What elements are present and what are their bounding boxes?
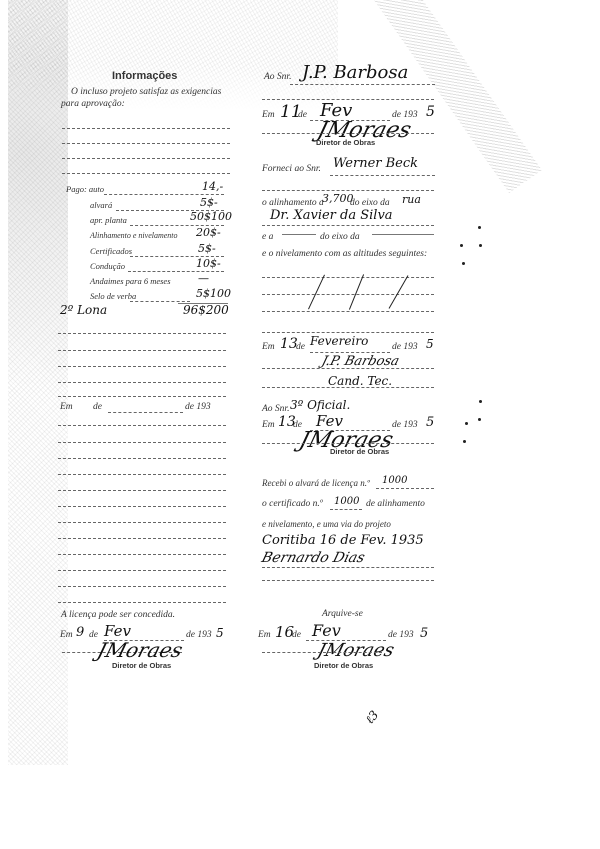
license-text: A licença pode ser concedida. bbox=[61, 610, 175, 620]
signer-4-title: Diretor de Obras bbox=[314, 661, 373, 670]
license-date-year-digit: 5 bbox=[216, 626, 224, 640]
dash-line bbox=[372, 234, 434, 235]
blank-line bbox=[62, 158, 230, 159]
fee-label: Alinhamento e nivelamento bbox=[90, 231, 178, 240]
date2-year-digit: 5 bbox=[426, 337, 434, 351]
date2-em: Em bbox=[262, 342, 275, 352]
signature-2: J.P. Barbosa bbox=[320, 354, 401, 369]
archive-text: Arquive-se bbox=[322, 609, 363, 619]
dash-line bbox=[282, 234, 316, 235]
date3-de: de bbox=[293, 420, 302, 430]
signature-4: JMoraes bbox=[315, 640, 396, 661]
date-em: Em bbox=[60, 402, 73, 412]
fee-value: — bbox=[198, 272, 209, 285]
blank-line bbox=[62, 128, 230, 129]
date1-de: de bbox=[298, 110, 307, 120]
name-line bbox=[290, 84, 435, 85]
intro-line-2: para aprovação: bbox=[61, 99, 125, 109]
ao-sur2-name: 3º Oficial. bbox=[290, 398, 350, 412]
alinhamento-value: 3,700 bbox=[322, 192, 354, 205]
license-signer-title: Diretor de Obras bbox=[112, 661, 171, 670]
blank-line bbox=[58, 382, 226, 383]
blank-line bbox=[58, 333, 226, 334]
license-date-em: Em bbox=[60, 630, 73, 640]
alinhamento-mid: do eixo da bbox=[350, 198, 390, 208]
date-line bbox=[108, 412, 183, 413]
signer-1-title: Diretor de Obras bbox=[316, 138, 375, 147]
fee-value: 50$100 bbox=[190, 210, 232, 223]
blank-line bbox=[62, 173, 230, 174]
fee-label: Selo de verba bbox=[90, 291, 136, 301]
date-line bbox=[310, 352, 390, 353]
date1-year-digit: 5 bbox=[426, 104, 435, 120]
date4-month: Fev bbox=[312, 621, 341, 640]
date3-year-digit: 5 bbox=[426, 415, 434, 430]
date-year: de 193 bbox=[185, 402, 211, 412]
footer-mark: ℓ3 bbox=[363, 708, 383, 727]
blank-line bbox=[262, 225, 434, 226]
fee-value: 5$- bbox=[200, 196, 218, 209]
date1-em: Em bbox=[262, 110, 275, 120]
ao-sur2-label: Ao Snr. bbox=[262, 404, 289, 414]
forneci-name: Werner Beck bbox=[333, 156, 418, 171]
received-place-date: Coritiba 16 de Fev. 1935 bbox=[262, 533, 424, 548]
ao-sur-label: Ao Snr. bbox=[264, 72, 291, 82]
fee-value: 14,- bbox=[202, 180, 223, 193]
date2-year: de 193 bbox=[392, 342, 418, 352]
blank-line bbox=[262, 580, 434, 581]
dash-stroke bbox=[389, 275, 409, 308]
fee-line bbox=[104, 194, 224, 195]
fee-label: Andaimes para 6 meses bbox=[90, 276, 171, 286]
signature-line bbox=[262, 368, 434, 369]
intro-line-1: O incluso projeto satisfaz as exigencias bbox=[71, 87, 221, 97]
fee-value: 5$- bbox=[198, 242, 216, 255]
signer-2-title: Cand. Tec. bbox=[328, 374, 392, 388]
signature-line bbox=[262, 133, 434, 134]
blank-line bbox=[262, 311, 434, 312]
license-signature: JMoraes bbox=[95, 638, 186, 662]
fee-value: 20$- bbox=[196, 226, 221, 239]
fee-label: apr. planta bbox=[90, 215, 127, 225]
certificado-label: o certificado n.º bbox=[262, 499, 323, 509]
ao-sur-name: J.P. Barbosa bbox=[302, 62, 408, 83]
alinhamento-street-type: rua bbox=[402, 193, 421, 206]
alinhamento-prefix: o alinhamento a bbox=[262, 198, 324, 208]
fee-line bbox=[128, 271, 224, 272]
blank-line bbox=[62, 143, 230, 144]
license-date-de: de bbox=[89, 630, 98, 640]
forneci-label: Forneci ao Snr. bbox=[262, 164, 321, 174]
fee-label: Condução bbox=[90, 261, 125, 271]
blank-line bbox=[262, 190, 434, 191]
section-title: Informações bbox=[112, 70, 177, 82]
date4-year-digit: 5 bbox=[420, 626, 428, 641]
name-line bbox=[330, 175, 435, 176]
blank-line bbox=[58, 350, 226, 351]
date4-year: de 193 bbox=[388, 630, 414, 640]
scanned-document-page: Informações O incluso projeto satisfaz a… bbox=[0, 0, 600, 849]
fee-label: Pago: auto bbox=[66, 184, 104, 194]
recebi-number: 1000 bbox=[382, 475, 407, 486]
blank-line bbox=[262, 277, 434, 278]
license-date-day: 9 bbox=[76, 625, 84, 640]
signature-line bbox=[262, 567, 434, 568]
ea-mid: do eixo da bbox=[320, 232, 360, 242]
certificado-number: 1000 bbox=[334, 496, 359, 507]
date4-de: de bbox=[292, 630, 301, 640]
license-date-year: de 193 bbox=[186, 630, 212, 640]
blank-line bbox=[262, 387, 434, 388]
fee-label: Certificados bbox=[90, 246, 132, 256]
date3-em: Em bbox=[262, 420, 275, 430]
received-signature: Bernardo Dias bbox=[260, 550, 367, 566]
fee-line bbox=[130, 301, 190, 302]
recebi-label: Recebi o alvará de licença n.º bbox=[262, 478, 370, 488]
blank-line bbox=[58, 366, 226, 367]
date2-month: Fevereiro bbox=[310, 334, 368, 348]
nivelamento2-text: e nivelamento, e uma via do projeto bbox=[262, 519, 391, 529]
total-label: 2º Lona bbox=[60, 303, 107, 317]
number-line bbox=[376, 488, 434, 489]
blank-line bbox=[58, 396, 226, 397]
signer-3-title: Diretor de Obras bbox=[330, 447, 389, 456]
signature-line bbox=[262, 443, 434, 444]
blank-line bbox=[262, 332, 434, 333]
signature-line bbox=[262, 652, 382, 653]
dash-stroke bbox=[349, 274, 364, 310]
blank-line bbox=[262, 294, 434, 295]
ea-prefix: e a bbox=[262, 232, 273, 242]
blank-line bbox=[58, 425, 226, 426]
dash-stroke bbox=[308, 275, 325, 310]
fee-label: alvará bbox=[90, 200, 112, 210]
date-de: de bbox=[93, 402, 102, 412]
certificado-suffix: de alinhamento bbox=[366, 499, 425, 509]
date4-em: Em bbox=[258, 630, 271, 640]
date2-de: de bbox=[296, 342, 305, 352]
alinhamento-street: Dr. Xavier da Silva bbox=[270, 208, 393, 223]
fee-value: 10$- bbox=[196, 257, 221, 270]
number-line bbox=[330, 509, 362, 510]
fee-value: 5$100 bbox=[196, 287, 231, 300]
nivelamento-text: e o nivelamento com as altitudes seguint… bbox=[262, 249, 427, 259]
total-value: 96$200 bbox=[183, 303, 229, 317]
